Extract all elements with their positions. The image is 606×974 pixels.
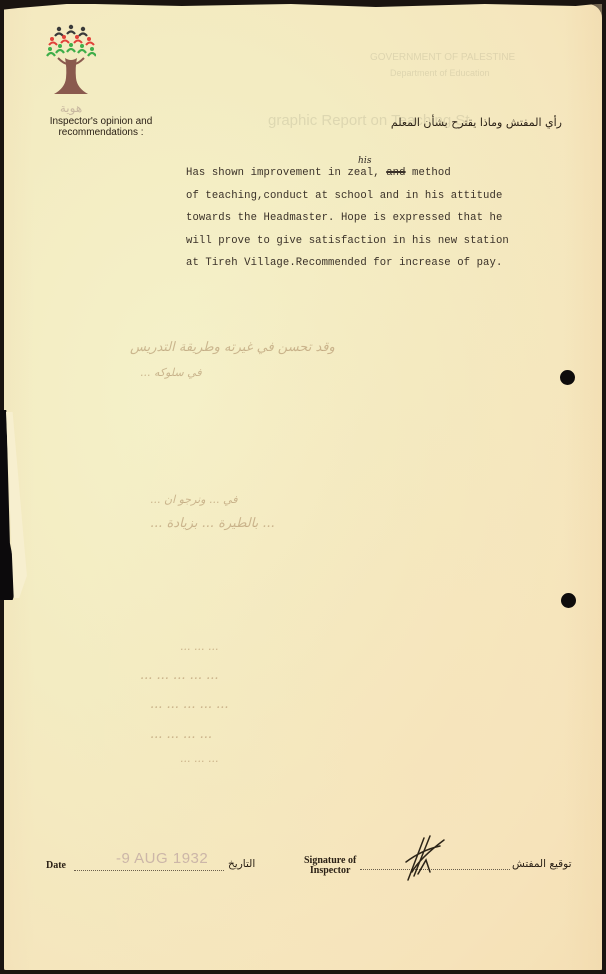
label-line-2: recommendations : xyxy=(40,127,162,138)
handwriting-bleed-3a: ... ... ... xyxy=(180,640,218,653)
typed-line-1: Has shown improvement in zeal, and metho… xyxy=(186,162,566,185)
logo-caption: هوية xyxy=(60,101,82,116)
punch-hole-bottom xyxy=(561,593,576,608)
punch-hole-top xyxy=(560,370,575,385)
typed-line-2: of teaching,conduct at school and in his… xyxy=(186,185,566,208)
date-line xyxy=(74,870,224,871)
handwriting-bleed-3b: ... ... ... ... ... xyxy=(140,668,219,683)
struck-word: and xyxy=(386,167,405,179)
signature-label-arabic: توقيع المفتش xyxy=(512,858,572,870)
label-line-1: Inspector's opinion and xyxy=(40,116,162,127)
handwriting-bleed-1b: في سلوكه ... xyxy=(140,366,202,379)
date-stamp: -9 AUG 1932 xyxy=(116,850,208,867)
date-label-arabic: التاريخ xyxy=(228,858,255,870)
typed-line-4: will prove to give satisfaction in his n… xyxy=(186,230,566,253)
typed-line-5: at Tireh Village.Recommended for increas… xyxy=(186,252,566,275)
handwritten-insertion: his xyxy=(358,150,372,173)
date-label: Date xyxy=(46,860,66,871)
handwriting-bleed-3e: ... ... ... xyxy=(180,752,218,765)
handwriting-bleed-3c: ... ... ... ... ... xyxy=(150,697,229,712)
tree-logo-icon: هوية xyxy=(46,24,96,116)
handwriting-bleed-2b: ... بالطيرة ... بزيادة ... xyxy=(150,516,275,531)
bleedthrough-header-1: GOVERNMENT OF PALESTINE xyxy=(370,52,515,63)
handwriting-bleed-3d: ... ... ... ... xyxy=(150,727,212,742)
bleedthrough-report-title: graphic Report on Teaching St xyxy=(268,112,470,129)
inspector-signature xyxy=(400,832,452,882)
typed-recommendation: his Has shown improvement in zeal, and m… xyxy=(186,162,566,275)
document-page xyxy=(4,4,602,970)
inspector-opinion-label: Inspector's opinion and recommendations … xyxy=(40,116,162,138)
handwriting-bleed-1a: وقد تحسن في غيرته وطريقة التدريس xyxy=(130,340,335,355)
typed-line-3: towards the Headmaster. Hope is expresse… xyxy=(186,207,566,230)
signature-label: Signature of Inspector xyxy=(304,856,356,876)
bleedthrough-header-2: Department of Education xyxy=(390,68,490,78)
handwriting-bleed-2a: في ... ونرجو ان ... xyxy=(150,493,237,506)
